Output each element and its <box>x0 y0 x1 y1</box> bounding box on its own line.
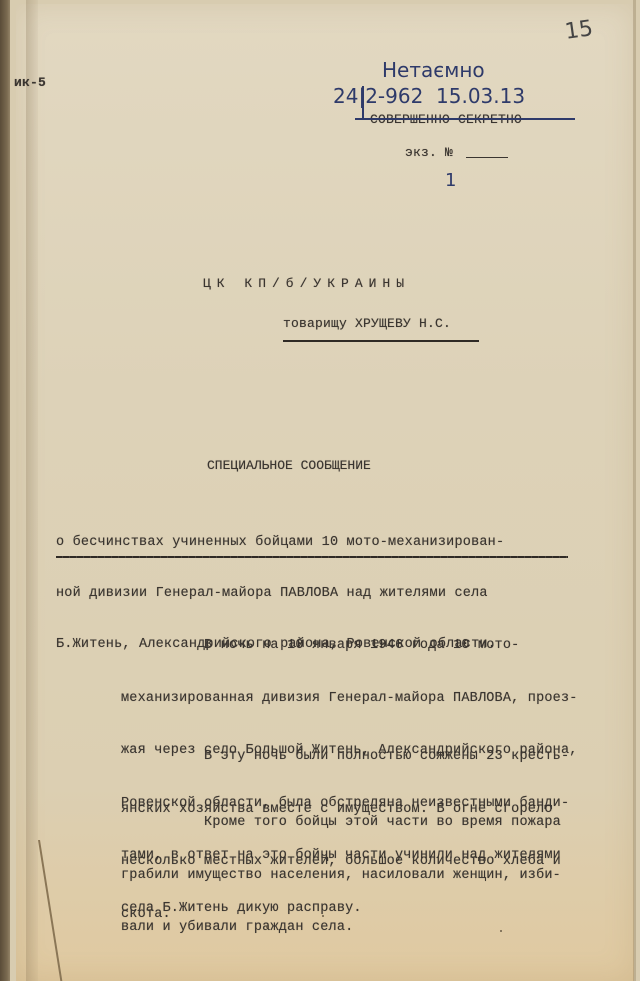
text-line: механизированная дивизия Генерал-майора … <box>121 690 578 708</box>
margin-code: ик-5 <box>14 75 46 90</box>
text-line: В эту ночь были полностью сожжены 23 кре… <box>121 748 569 766</box>
page-number-mark: 15 <box>563 16 594 45</box>
page-right-edge <box>633 0 636 981</box>
text-line: вали и убивали граждан села. <box>121 919 561 937</box>
declassification-note: Нетаємно <box>382 58 485 82</box>
subject-line: о бесчинствах учиненных бойцами 10 мото-… <box>56 534 504 551</box>
recipient-person: товарищу ХРУЩЕВУ Н.С. <box>283 316 451 331</box>
recipient-underline <box>283 340 479 342</box>
text-line: грабили имущество населения, насиловали … <box>121 867 561 885</box>
copy-number-label: экз. № <box>405 145 453 160</box>
page-fold-shadow <box>26 0 38 981</box>
paper-speck <box>500 930 502 932</box>
text-line: Кроме того бойцы этой части во время пож… <box>121 814 561 832</box>
document-title: СПЕЦИАЛЬНОЕ СООБЩЕНИЕ <box>207 458 371 473</box>
strike-through-line <box>355 118 575 120</box>
paragraph-3: Кроме того бойцы этой части во время пож… <box>121 779 561 954</box>
subject-divider <box>56 556 568 558</box>
recipient-organization: ЦК КП/б/УКРАИНЫ <box>203 276 410 291</box>
paper-speck <box>266 926 268 928</box>
copy-number-mark: 1 <box>445 170 456 191</box>
crossed-out-secrecy-stamp: СОВЕРШЕННО СЕКРЕТНО <box>370 112 522 127</box>
copy-number-blank <box>466 157 508 158</box>
text-line: В ночь на 10 января 1946 года 10 мото- <box>121 637 578 655</box>
registration-number: 24|2-962 15.03.13 <box>333 84 525 108</box>
paper-speck <box>322 915 324 917</box>
subject-line: ной дивизии Генерал-майора ПАВЛОВА над ж… <box>56 585 504 602</box>
